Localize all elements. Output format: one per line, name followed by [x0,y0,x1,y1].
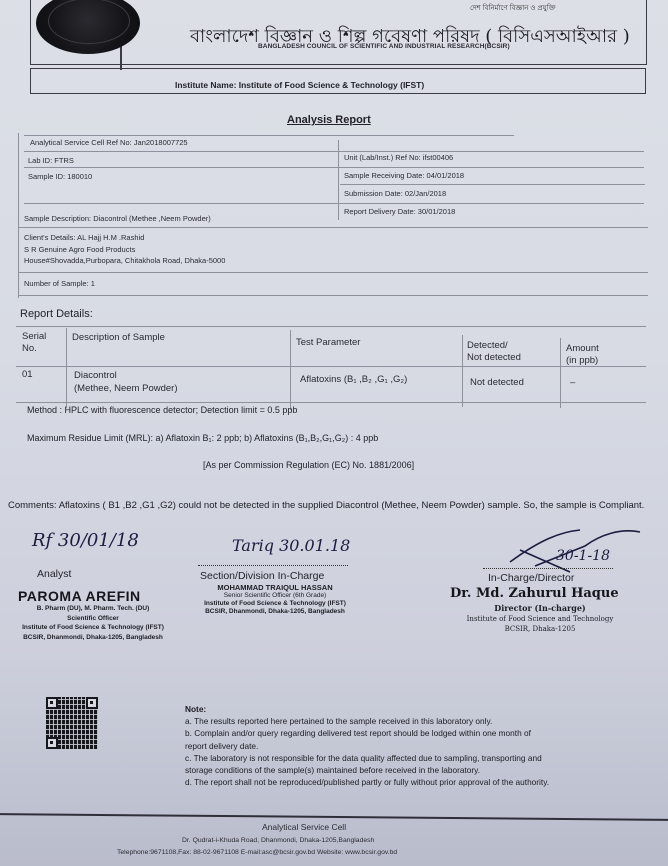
comments-text: Aflatoxins ( B1 ,B2 ,G1 ,G2) could not b… [59,500,645,511]
mrl-text: Maximum Residue Limit (MRL): a) Aflatoxi… [27,433,378,443]
sample-description: Sample Description: Diacontrol (Methee ,… [24,214,211,223]
method-text: Method : HPLC with fluorescence detector… [27,405,297,415]
signature-line [198,565,348,566]
comments-block: Comments: Aflatoxins ( B1 ,B2 ,G1 ,G2) c… [8,498,648,514]
director-name: Dr. Md. Zahurul Haque [450,586,619,601]
note-item: b. Complain and/or query regarding deliv… [185,727,665,739]
footer-address: Dr. Qudrat-i-Khuda Road, Dhanmondi, Dhak… [182,837,374,844]
table-column-divider [290,330,291,410]
info-left-border [18,133,19,298]
client-details-line: S R Genuine Agro Food Products [24,244,225,256]
note-item: d. The report shall not be reproduced/pu… [185,776,665,788]
col-header-text: Serial [22,331,46,343]
row-test-parameter: Aflatoxins (B₁ ,B₂ ,G₁ ,G₂) [300,373,407,386]
regulation-text: [As per Commission Regulation (EC) No. 1… [203,460,414,470]
col-header-text: Detected/ [467,340,521,352]
table-border-bottom [16,402,646,403]
footer-contact: Telephone:9671108,Fax: 88-02-9671108 E-m… [117,849,397,856]
info-divider [24,151,644,152]
table-column-divider [66,328,67,408]
info-divider [24,203,644,204]
col-header-amount: Amount (in ppb) [566,343,599,367]
credential-line: Institute of Food Science & Technology (… [8,623,178,633]
number-of-sample: Number of Sample: 1 [24,279,95,288]
qr-code [46,697,98,749]
motto-text: দেশ বিনির্মাণে বিজ্ঞান ও প্রযুক্তি [470,2,556,14]
note-item: c. The laboratory is not responsible for… [185,752,665,764]
org-name-english: BANGLADESH COUNCIL OF SCIENTIFIC AND IND… [258,43,510,50]
col-header-detected: Detected/ Not detected [467,340,521,364]
seal-ring-decoration [48,0,130,44]
analyst-name: PAROMA AREFIN [18,588,141,604]
credential-line: Director (In-charge) [440,603,640,614]
qr-finder [46,737,58,749]
credential-line: B. Pharm (DU), M. Pharm. Tech. (DU) [8,604,178,614]
director-role: In-Charge/Director [488,572,574,584]
analyst-signature: Rf 30/01/18 [32,530,139,551]
section-incharge-details: MOHAMMAD TRAIQUL HASSAN Senior Scientifi… [200,584,350,616]
credential-line: BCSIR, Dhaka-1205 [440,624,640,635]
institute-name: Institute Name: Institute of Food Scienc… [175,80,424,90]
credential-line: BCSIR, Dhanmondi, Dhaka-1205, Bangladesh [8,633,178,643]
credential-line: Institute of Food Science & Technology (… [200,600,350,608]
col-header-description: Description of Sample [72,332,165,344]
info-divider [24,167,644,168]
credential-line: BCSIR, Dhanmondi, Dhaka-1205, Bangladesh [200,608,350,616]
note-item: report delivery date. [185,740,665,752]
col-header-text: No. [22,343,46,355]
analyst-role: Analyst [37,568,71,580]
analyst-credentials: B. Pharm (DU), M. Pharm. Tech. (DU) Scie… [8,604,178,642]
report-details-heading: Report Details: [20,308,93,320]
notes-block: Note: a. The results reported here perta… [185,703,665,788]
director-signature-date: 30-1-18 [556,548,610,564]
report-delivery-date: Report Delivery Date: 30/01/2018 [344,207,455,216]
info-divider [24,135,514,136]
row-description-line: Diacontrol [74,369,177,382]
table-border-top [16,326,646,327]
lab-id: Lab ID: FTRS [28,156,74,165]
section-incharge-role: Section/Division In-Charge [200,570,324,582]
col-header-text: Amount [566,343,599,355]
client-details: Client's Details: AL Hajj H.M .Rashid S … [24,232,225,267]
client-details-line: Client's Details: AL Hajj H.M .Rashid [24,232,225,244]
director-details: Director (In-charge) Institute of Food S… [440,603,640,635]
ref-number: Analytical Service Cell Ref No: Jan20180… [30,138,188,147]
table-column-divider [560,338,561,408]
info-divider [18,295,648,296]
row-serial: 01 [22,368,33,381]
qr-finder [46,697,58,709]
col-header-text: Description of Sample [72,332,165,344]
section-incharge-name: MOHAMMAD TRAIQUL HASSAN [200,584,350,592]
notes-heading: Note: [185,703,665,715]
report-title: Analysis Report [287,114,371,126]
row-description: Diacontrol (Methee, Neem Powder) [74,369,177,395]
qr-finder [86,697,98,709]
footer-divider [0,813,668,821]
row-amount: – [570,376,575,389]
note-item: storage conditions of the sample(s) main… [185,764,665,776]
credential-line: Institute of Food Science and Technology [440,614,640,625]
row-description-line: (Methee, Neem Powder) [74,382,177,395]
signature-line [483,568,613,569]
table-column-divider [462,335,463,407]
credential-line: Scientific Officer [8,614,178,624]
comments-label: Comments: [8,500,57,511]
col-header-text: Not detected [467,352,521,364]
credential-line: Senior Scientific Officer (6th Grade) [200,592,350,600]
col-header-test-parameter: Test Parameter [296,337,360,349]
table-header-divider [16,366,646,367]
submission-date: Submission Date: 02/Jan/2018 [344,189,446,198]
info-divider [18,227,648,228]
footer-title: Analytical Service Cell [262,822,346,832]
note-item: a. The results reported here pertained t… [185,715,665,727]
row-detected-status: Not detected [470,376,524,389]
client-details-line: House#Shovadda,Purbopara, Chitakhola Roa… [24,255,225,267]
info-divider [340,184,645,185]
info-column-divider [338,140,339,220]
col-header-text: Test Parameter [296,337,360,349]
unit-ref-number: Unit (Lab/Inst.) Ref No: ifst00406 [344,153,453,162]
col-header-serial: Serial No. [22,331,46,355]
section-incharge-signature: Tariq 30.01.18 [232,536,350,555]
sample-id: Sample ID: 180010 [28,172,92,181]
info-divider [18,272,648,273]
sample-receiving-date: Sample Receiving Date: 04/01/2018 [344,171,464,180]
